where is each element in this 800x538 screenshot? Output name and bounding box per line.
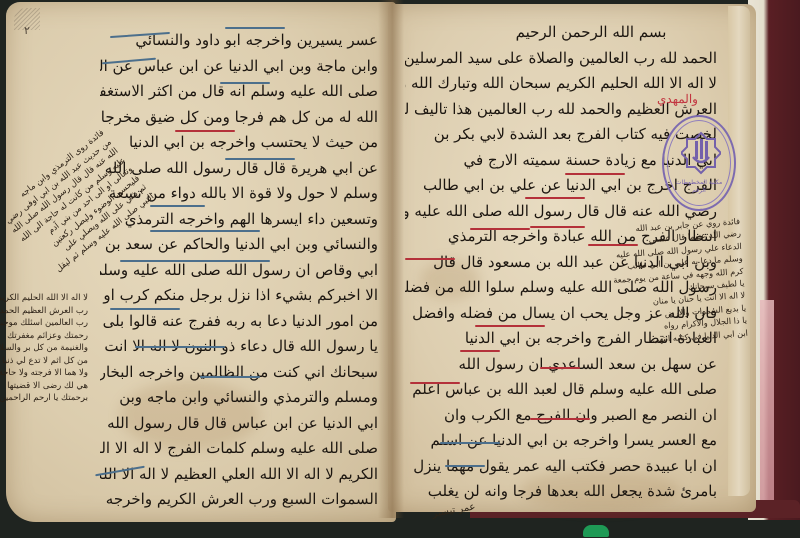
- library-stamp: مكتبة المخطوطات الرقم: [662, 115, 736, 211]
- rubric-overline: [470, 228, 530, 230]
- text-line: ان النصر مع الصبر وان الفرج مع الكرب وان: [405, 403, 717, 429]
- book-gutter: [378, 0, 404, 518]
- rubric-overline: [530, 226, 585, 228]
- stamp-text-top: مكتبة المخطوطات: [676, 179, 722, 186]
- margin-note-line: برحمتك يا ارحم الراحمين: [12, 392, 88, 405]
- overline-mark: [200, 376, 260, 378]
- overline-mark: [225, 27, 285, 29]
- text-line: ومسلم والترمذي والنسائي وابن ماجه وبن: [100, 385, 378, 411]
- overline-mark: [225, 158, 295, 160]
- basmala-heading: بسم الله الرحمن الرحيم: [405, 20, 717, 46]
- stamp-text: مكتبة المخطوطات الرقم: [664, 179, 734, 195]
- binding-pink-flyleaf: [760, 300, 774, 510]
- margin-note-line: ولا هما الا فرجته ولا حاجة: [12, 367, 88, 380]
- margin-note-line: رب العالمين اسئلك موجبات: [12, 317, 88, 330]
- rubric-overline: [525, 197, 585, 199]
- left-page-text: عسر يسيرين واخرجه ابو داود والنسائي وابن…: [100, 28, 378, 513]
- text-line: سبحانك اني كنت من الظالمين واخرجه البخار…: [100, 360, 378, 386]
- text-line: الا اخبركم بشيء اذا نزل برجل منكم كرب او…: [100, 283, 378, 309]
- rubric-overline: [475, 325, 545, 327]
- margin-note-line: والغنيمة من كل بر والسلامة: [12, 342, 88, 355]
- overline-mark: [220, 82, 270, 84]
- text-line: مع العسر يسرا واخرجه بن ابي الدنيا عن اس…: [405, 428, 717, 454]
- green-bookmark-tab: [583, 525, 609, 537]
- left-margin-note: لا اله الا الله الحليم الكريم رب العرش ا…: [12, 292, 88, 405]
- stamp-emblem-icon: [681, 131, 721, 175]
- margin-note-line: من كل اثم لا تدع لي ذنبا الا غفرته: [12, 355, 88, 368]
- text-line: بامرئ شدة يجعل الله بعدها فرجا وانه لن ي…: [405, 479, 717, 505]
- rubric-overline: [460, 350, 500, 352]
- text-line: من امور الدنيا دعا به ربه ففرج عنه قالوا…: [100, 309, 378, 335]
- margin-note-line: رحمتك وعزائم مغفرتك: [12, 330, 88, 343]
- right-margin-note: فائدة روي عن جابر بن عبد الله رضي الله ع…: [648, 215, 748, 345]
- overline-mark: [440, 442, 500, 444]
- rubric-underline: [588, 244, 638, 246]
- margin-note-line: لا اله الا الله الحليم الكريم: [12, 292, 88, 305]
- text-line: والنسائي وبن ابي الدنيا والحاكم عن سعد ب…: [100, 232, 378, 258]
- stamp-text-bottom: الرقم: [692, 187, 706, 194]
- margin-note-line: رب العرش العظيم الحمد لله: [12, 305, 88, 318]
- overline-mark: [150, 205, 205, 207]
- text-line: عسر يسيرين واخرجه ابو داود والنسائي: [100, 28, 378, 54]
- overline-mark: [445, 465, 485, 467]
- rubric-underline: [405, 258, 455, 260]
- overline-mark: [120, 260, 270, 262]
- text-line: السموات السبع ورب العرش الكريم واخرجه: [100, 487, 378, 513]
- manuscript-spread: ٢ عسر يسيرين واخرجه ابو داود والنسائي وا…: [0, 0, 800, 538]
- overline-mark: [135, 346, 225, 348]
- text-line: من حيث لا يحتسب واخرجه بن ابي الدنيا: [100, 130, 378, 156]
- text-line: صلى الله عليه وسلم قال لعبد الله بن عباس…: [405, 377, 717, 403]
- text-line: ابي الدنيا عن ابن عباس قال قال رسول الله: [100, 411, 378, 437]
- overline-mark: [110, 308, 180, 310]
- text-line: عن سهل بن سعد الساعدي ان رسول الله: [405, 352, 717, 378]
- rubric-underline: [565, 173, 625, 175]
- text-line: الحمد لله رب العالمين والصلاة على سيد ال…: [405, 46, 717, 72]
- text-line: الله له من كل هم فرجا ومن كل ضيق مخرجا و…: [100, 105, 378, 131]
- rubric-underline: [175, 130, 235, 132]
- rubric-overline: [410, 382, 460, 384]
- rubric-overline: [530, 418, 590, 420]
- overline-mark: [150, 230, 260, 232]
- text-line: صلى الله عليه وسلم كلمات الفرج لا اله ال…: [100, 436, 378, 462]
- rubric-overline: [540, 367, 580, 369]
- margin-note-line: هي لك رضى الا قضيتها: [12, 380, 88, 393]
- folio-number: ٢: [24, 24, 30, 37]
- text-line: وابن ماجة وبن ابي الدنيا عن ابن عباس عن …: [100, 54, 378, 80]
- red-marginal-word: والمهدي: [657, 92, 698, 106]
